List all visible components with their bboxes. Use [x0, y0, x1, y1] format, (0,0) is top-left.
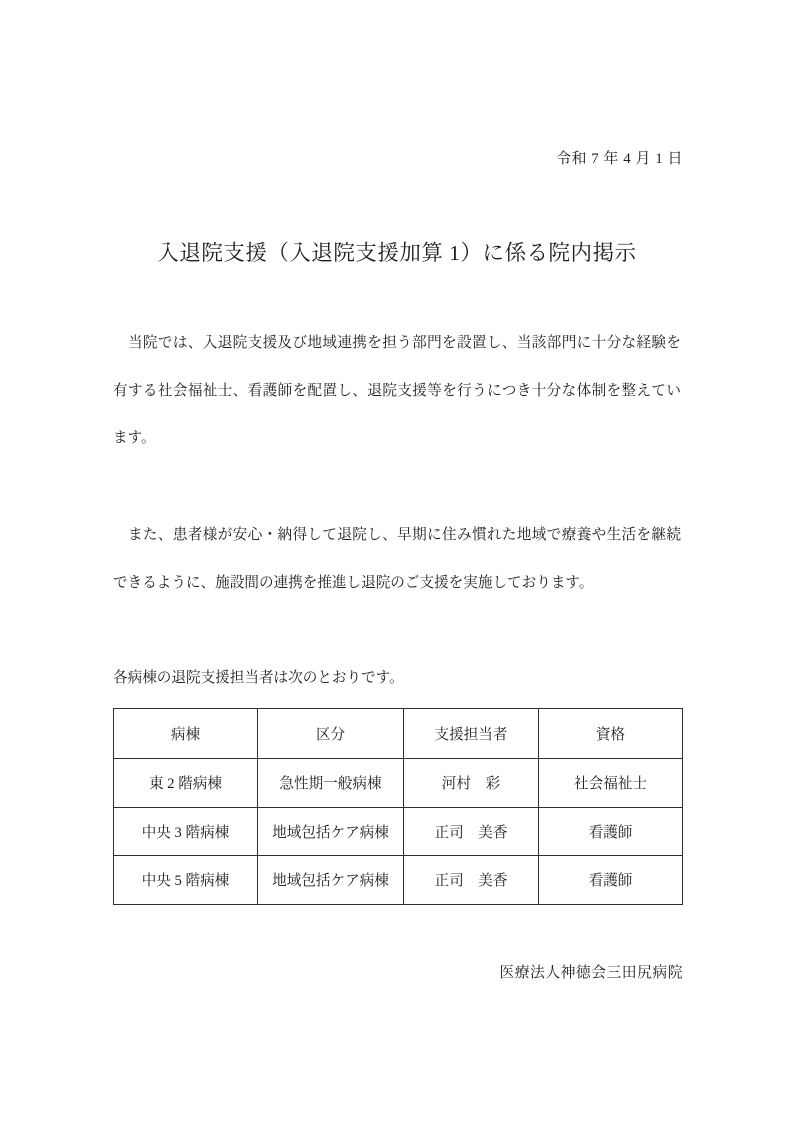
cell-ward: 中央 3 階病棟: [114, 807, 258, 856]
paragraph-1: 当院では、入退院支援及び地域連携を担う部門を設置し、当該部門に十分な経験を 有す…: [113, 320, 681, 463]
table-row: 中央 5 階病棟 地域包括ケア病棟 正司 美香 看護師: [114, 856, 683, 905]
column-header-qualification: 資格: [539, 709, 683, 759]
cell-category: 地域包括ケア病棟: [258, 807, 404, 856]
cell-staff: 河村 彩: [404, 759, 539, 808]
cell-qualification: 看護師: [539, 807, 683, 856]
paragraph-line: 有する社会福祉士、看護師を配置し、退院支援等を行うにつき十分な体制を整えてい: [113, 368, 681, 416]
cell-qualification: 看護師: [539, 856, 683, 905]
document-date: 令和 7 年 4 月 1 日: [556, 147, 683, 168]
cell-category: 地域包括ケア病棟: [258, 856, 404, 905]
column-header-staff: 支援担当者: [404, 709, 539, 759]
cell-ward: 中央 5 階病棟: [114, 856, 258, 905]
table-row: 中央 3 階病棟 地域包括ケア病棟 正司 美香 看護師: [114, 807, 683, 856]
table-row: 東 2 階病棟 急性期一般病棟 河村 彩 社会福祉士: [114, 759, 683, 808]
cell-ward: 東 2 階病棟: [114, 759, 258, 808]
table-intro-text: 各病棟の退院支援担当者は次のとおりです。: [113, 668, 404, 688]
paragraph-line: 当院では、入退院支援及び地域連携を担う部門を設置し、当該部門に十分な経験を: [113, 320, 681, 368]
table-header-row: 病棟 区分 支援担当者 資格: [114, 709, 683, 759]
paragraph-line: できるように、施設間の連携を推進し退院のご支援を実施しております。: [113, 560, 681, 608]
cell-qualification: 社会福祉士: [539, 759, 683, 808]
hospital-signature: 医療法人神徳会三田尻病院: [499, 961, 683, 982]
paragraph-line: また、患者様が安心・納得して退院し、早期に住み慣れた地域で療養や生活を継続: [113, 512, 681, 560]
cell-staff: 正司 美香: [404, 807, 539, 856]
cell-staff: 正司 美香: [404, 856, 539, 905]
column-header-ward: 病棟: [114, 709, 258, 759]
discharge-support-staff-table: 病棟 区分 支援担当者 資格 東 2 階病棟 急性期一般病棟 河村 彩 社会福祉…: [113, 708, 683, 905]
column-header-category: 区分: [258, 709, 404, 759]
document-page: 令和 7 年 4 月 1 日 入退院支援（入退院支援加算 1）に係る院内掲示 当…: [0, 0, 794, 1123]
paragraph-2: また、患者様が安心・納得して退院し、早期に住み慣れた地域で療養や生活を継続 でき…: [113, 512, 681, 607]
document-title: 入退院支援（入退院支援加算 1）に係る院内掲示: [0, 236, 794, 267]
paragraph-line: ます。: [113, 415, 681, 463]
cell-category: 急性期一般病棟: [258, 759, 404, 808]
